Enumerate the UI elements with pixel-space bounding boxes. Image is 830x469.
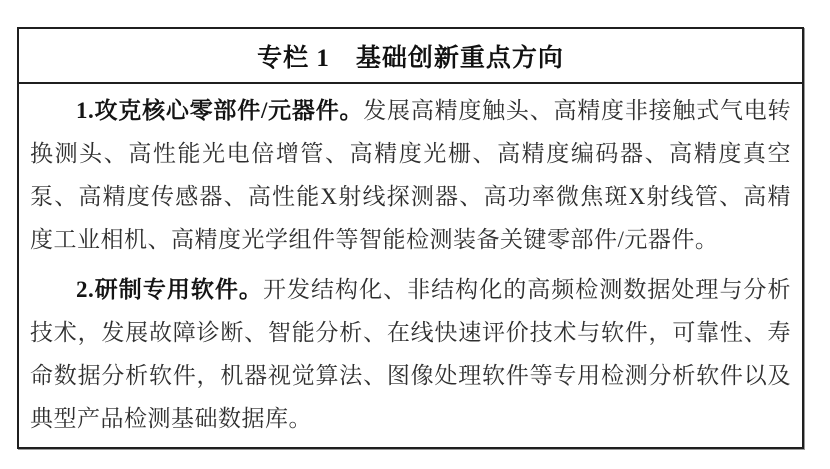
panel-title: 专栏 1 基础创新重点方向: [19, 29, 802, 84]
paragraph-2-lead: 2.研制专用软件。: [76, 277, 263, 302]
panel-body: 1.攻克核心零部件/元器件。发展高精度触头、高精度非接触式气电转换测头、高性能光…: [19, 84, 802, 440]
paragraph-1: 1.攻克核心零部件/元器件。发展高精度触头、高精度非接触式气电转换测头、高性能光…: [30, 89, 791, 261]
callout-panel: 专栏 1 基础创新重点方向 1.攻克核心零部件/元器件。发展高精度触头、高精度非…: [17, 27, 804, 449]
paragraph-1-lead: 1.攻克核心零部件/元器件。: [76, 98, 363, 123]
paragraph-2: 2.研制专用软件。开发结构化、非结构化的高频检测数据处理与分析技术，发展故障诊断…: [30, 268, 791, 440]
